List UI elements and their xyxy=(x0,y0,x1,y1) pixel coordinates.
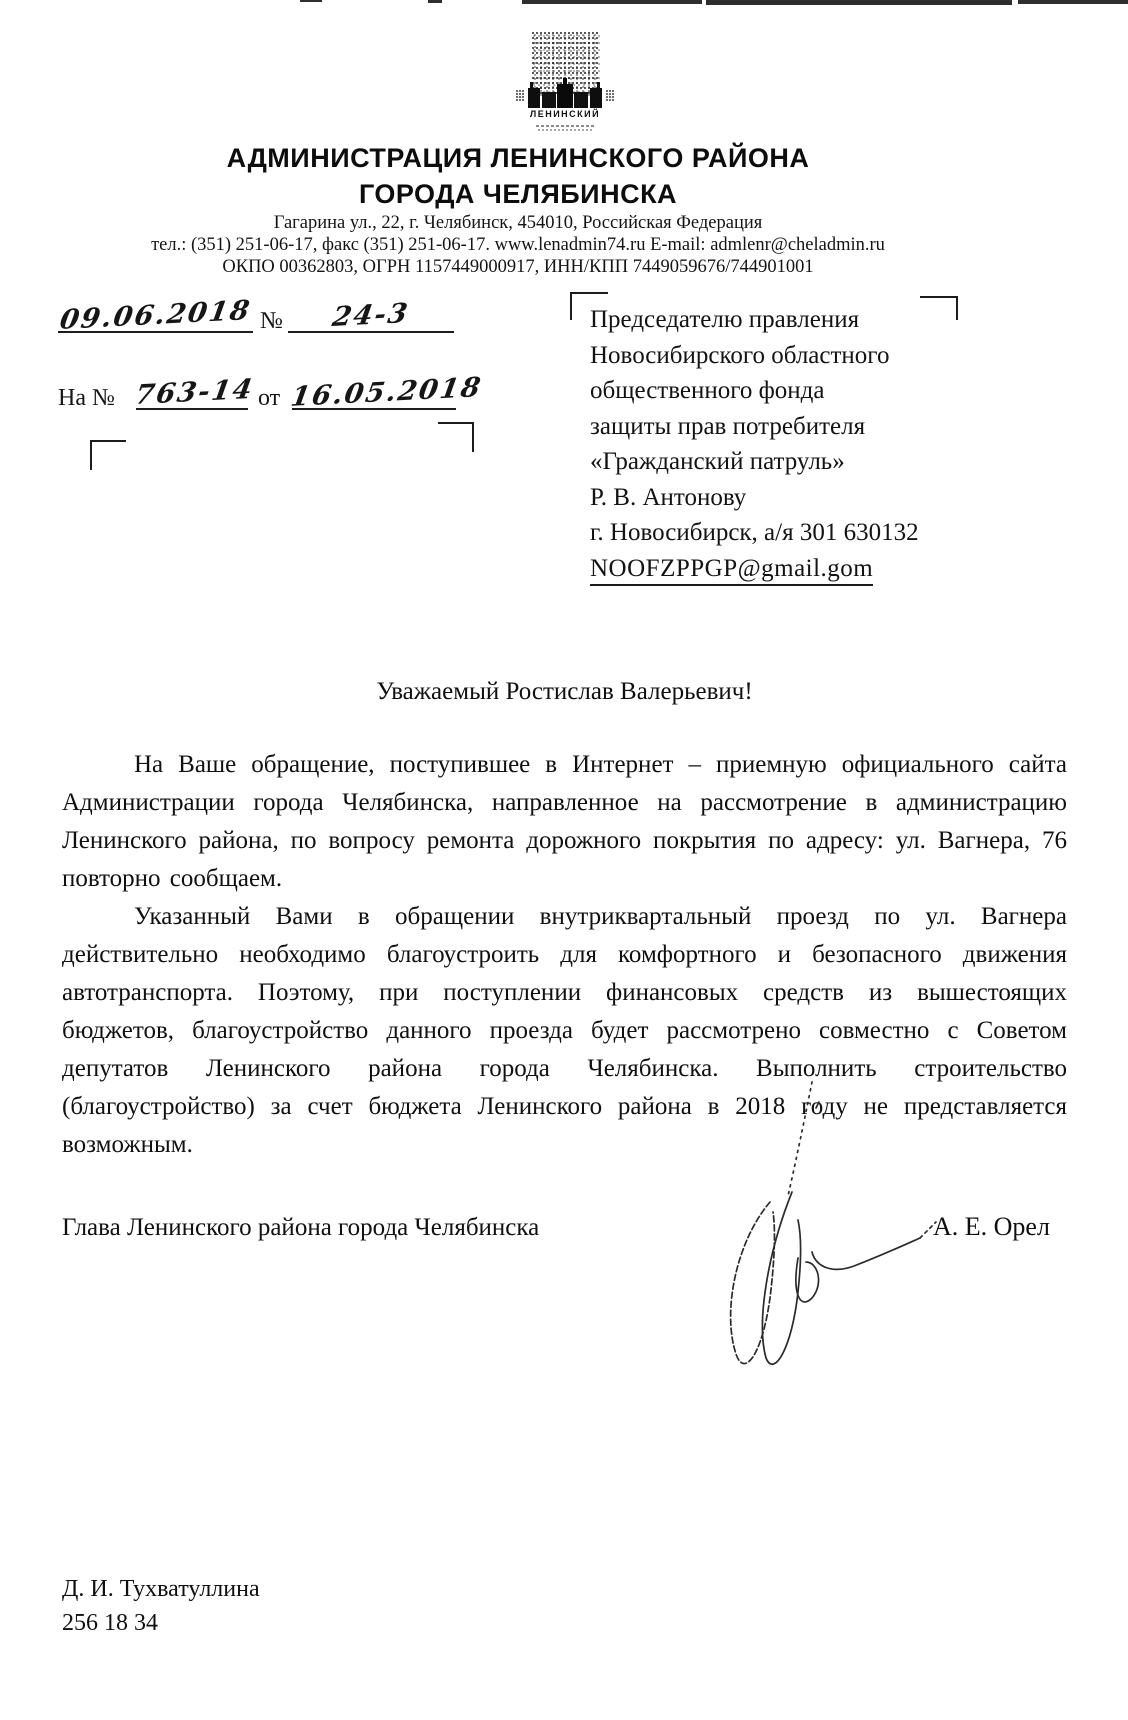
reply-number-field: 763-14 xyxy=(136,377,248,410)
outgoing-date-value: 09.06.2018 xyxy=(58,295,254,336)
recipient-line: общественного фонда xyxy=(590,373,960,409)
org-address: Гагарина ул., 22, г. Челябинск, 454010, … xyxy=(0,212,1036,234)
corner-mark xyxy=(438,422,474,452)
org-registry-codes: ОКПО 00362803, ОГРН 1157449000917, ИНН/К… xyxy=(0,256,1036,278)
org-name-line1: АДМИНИСТРАЦИЯ ЛЕНИНСКОГО РАЙОНА xyxy=(0,140,1036,176)
executor-phone: 256 18 34 xyxy=(62,1606,260,1640)
scan-artifact-segment xyxy=(706,0,1012,5)
outgoing-number-field: 24-3 xyxy=(288,300,454,333)
scanned-letter-page: ЛЕНИНСКИЙ АДМИНИСТРАЦИЯ ЛЕНИНСКОГО РАЙОН… xyxy=(0,0,1128,1720)
emblem-flourish-right xyxy=(606,90,614,102)
number-label: № xyxy=(260,308,283,335)
outgoing-date-field: 09.06.2018 xyxy=(58,300,253,333)
reply-date-field: 16.05.2018 xyxy=(292,377,456,410)
emblem-building-icon xyxy=(524,78,606,108)
recipient-block: Председателю правления Новосибирского об… xyxy=(590,302,960,586)
signatory-title: Глава Ленинского района города Челябинск… xyxy=(62,1214,539,1242)
emblem-caption-dots xyxy=(536,124,594,132)
org-contacts: тел.: (351) 251-06-17, факс (351) 251-06… xyxy=(0,234,1036,256)
scan-artifact-segment xyxy=(1018,0,1128,4)
emblem-flourish-left xyxy=(516,90,524,102)
scan-artifact-top xyxy=(0,0,1128,8)
reply-number-value: 763-14 xyxy=(133,374,256,411)
reply-from-label: от xyxy=(258,385,280,412)
scan-artifact-segment xyxy=(428,0,442,3)
reply-date-value: 16.05.2018 xyxy=(289,372,485,413)
recipient-line: Председателю правления xyxy=(590,302,960,338)
outgoing-number-value: 24-3 xyxy=(330,298,411,333)
executor-name: Д. И. Тухватуллина xyxy=(62,1572,260,1606)
recipient-line: «Гражданский патруль» xyxy=(590,444,960,480)
recipient-email: NOOFZPPGP@gmail.gom xyxy=(590,554,873,586)
district-emblem-icon: ЛЕНИНСКИЙ xyxy=(512,30,618,136)
recipient-line: защиты прав потребителя xyxy=(590,409,960,445)
scan-artifact-segment xyxy=(522,0,702,4)
emblem-label: ЛЕНИНСКИЙ xyxy=(512,109,618,119)
org-name-line2: ГОРОДА ЧЕЛЯБИНСКА xyxy=(0,176,1036,212)
recipient-line: Новосибирского областного xyxy=(590,338,960,374)
scan-artifact-segment xyxy=(300,0,322,2)
signatory-name: А. Е. Орел xyxy=(933,1212,1050,1242)
corner-mark xyxy=(90,440,126,470)
executor-block: Д. И. Тухватуллина 256 18 34 xyxy=(62,1572,260,1640)
body-paragraph-1: На Ваше обращение, поступившее в Интерне… xyxy=(62,746,1067,898)
salutation: Уважаемый Ростислав Валерьевич! xyxy=(62,678,1067,706)
recipient-line: Р. В. Антонову xyxy=(590,480,960,516)
letterhead: АДМИНИСТРАЦИЯ ЛЕНИНСКОГО РАЙОНА ГОРОДА Ч… xyxy=(0,140,1036,278)
reply-to-label: На № xyxy=(58,385,115,412)
recipient-line: г. Новосибирск, а/я 301 630132 xyxy=(590,515,960,551)
